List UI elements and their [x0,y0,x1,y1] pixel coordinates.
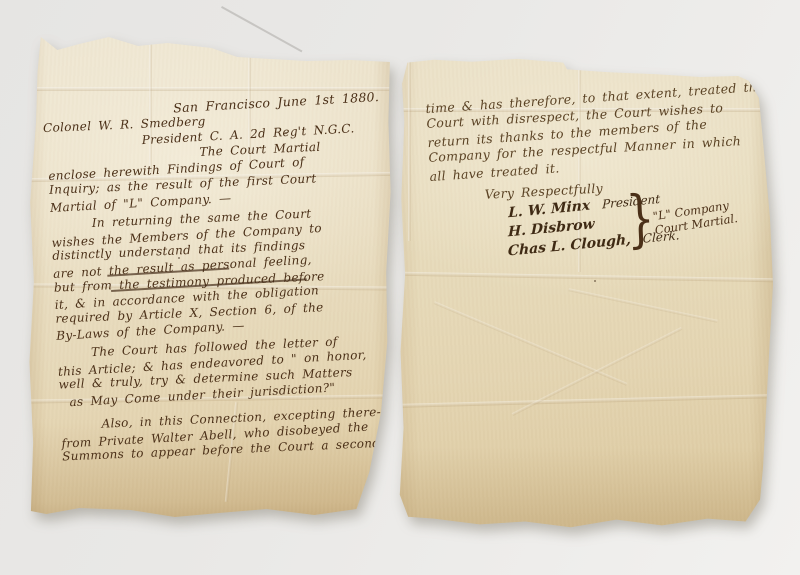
photo-background: San Francisco June 1st 1880.Colonel W. R… [0,0,800,575]
handwritten-lines: time & has therefore, to that extent, tr… [425,79,764,184]
signature-block: L. W. MinxPresidentH. DisbrowChas L. Clo… [431,189,771,319]
letter-page-2-wrap: time & has therefore, to that extent, tr… [396,55,776,533]
letter-page-2: time & has therefore, to that extent, tr… [396,55,776,533]
handwritten-text-page-1: San Francisco June 1st 1880.Colonel W. R… [45,90,400,467]
brace-mark: } [624,188,655,249]
letter-page-1: San Francisco June 1st 1880.Colonel W. R… [28,22,395,522]
handwritten-text-page-2: time & has therefore, to that extent, tr… [425,79,772,318]
page-edge-fold [408,60,411,242]
handwritten-lines: San Francisco June 1st 1880.Colonel W. R… [45,90,400,467]
letter-page-1-wrap: San Francisco June 1st 1880.Colonel W. R… [28,22,395,522]
wrinkle-mark [512,328,683,417]
fold-crease [396,394,776,408]
